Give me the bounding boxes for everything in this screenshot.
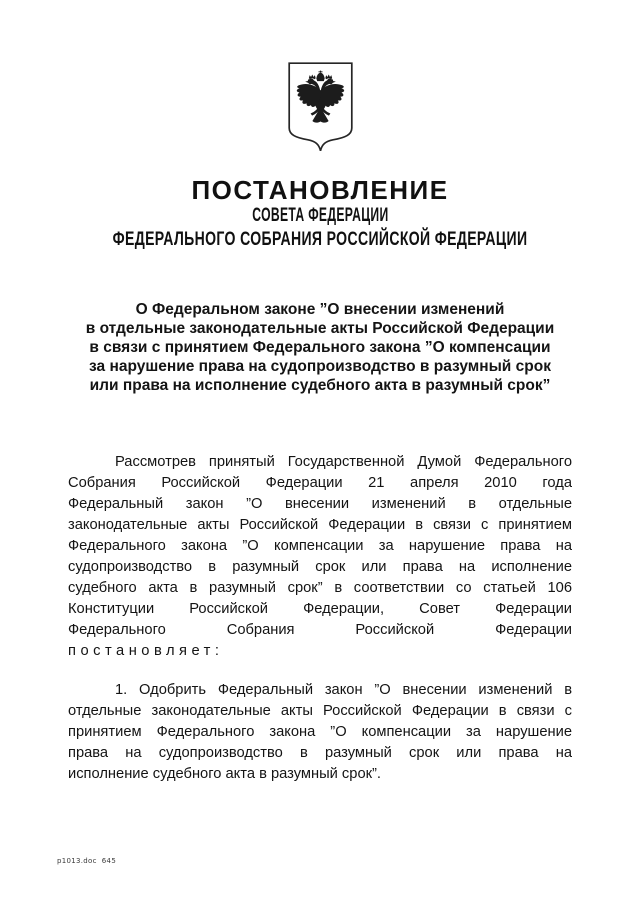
issuer-line-1: СОВЕТА ФЕДЕРАЦИИ xyxy=(0,206,640,227)
emblem-box xyxy=(288,62,353,153)
subject-line: в отдельные законодательные акты Российс… xyxy=(0,319,640,338)
issuer-line-2: ФЕДЕРАЛЬНОГО СОБРАНИЯ РОССИЙСКОЙ ФЕДЕРАЦ… xyxy=(0,229,640,251)
paragraph1-line: Федерального закона ”О компенсации за на… xyxy=(68,536,572,557)
subject-heading: О Федеральном законе ”О внесении изменен… xyxy=(0,300,640,395)
document-title: ПОСТАНОВЛЕНИЕ xyxy=(0,175,640,206)
issuer-line-1-text: СОВЕТА ФЕДЕРАЦИИ xyxy=(252,206,388,226)
paragraph2-line: права на судопроизводство в разумный сро… xyxy=(68,743,572,764)
paragraph1-line: Конституции Российской Федерации, Совет … xyxy=(68,599,572,620)
subject-line: за нарушение права на судопроизводство в… xyxy=(0,357,640,376)
paragraph1-line: Собрания Российской Федерации 21 апреля … xyxy=(68,473,572,494)
paragraph2-line: отдельные законодательные акты Российско… xyxy=(68,701,572,722)
paragraph2-line: принятием Федерального закона ”О компенс… xyxy=(68,722,572,743)
paragraph2-line: исполнение судебного акта в разумный сро… xyxy=(68,764,572,785)
resolve-word: постановляет: xyxy=(68,641,572,662)
subject-line: или права на исполнение судебного акта в… xyxy=(0,376,640,395)
paragraph2-line: 1. Одобрить Федеральный закон ”О внесени… xyxy=(68,680,572,701)
document-page: ПОСТАНОВЛЕНИЕ СОВЕТА ФЕДЕРАЦИИ ФЕДЕРАЛЬН… xyxy=(0,0,640,905)
paragraph1-line: судебного акта в разумный срок” в соотве… xyxy=(68,578,572,599)
russian-coat-of-arms-icon xyxy=(288,62,353,153)
document-body: Рассмотрев принятый Государственной Думо… xyxy=(68,452,572,785)
paragraph1-line: Федерального Собрания Российской Федерац… xyxy=(68,620,572,641)
subject-line: О Федеральном законе ”О внесении изменен… xyxy=(0,300,640,319)
paragraph1-line: судопроизводство в разумный срок или пра… xyxy=(68,557,572,578)
paragraph2: 1. Одобрить Федеральный закон ”О внесени… xyxy=(68,680,572,785)
paragraph1-line: законодательные акты Российской Федераци… xyxy=(68,515,572,536)
footer-file-note: p1013.doc 645 xyxy=(57,857,116,865)
paragraph1-line: Федеральный закон ”О внесении изменений … xyxy=(68,494,572,515)
subject-line: в связи с принятием Федерального закона … xyxy=(0,338,640,357)
issuer-line-2-text: ФЕДЕРАЛЬНОГО СОБРАНИЯ РОССИЙСКОЙ ФЕДЕРАЦ… xyxy=(113,229,528,249)
paragraph1-line: Рассмотрев принятый Государственной Думо… xyxy=(68,452,572,473)
